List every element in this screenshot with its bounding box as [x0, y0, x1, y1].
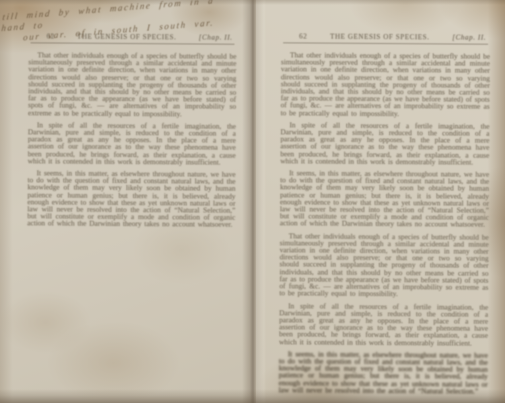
left-header-rule — [31, 42, 235, 44]
right-page-body: That other individuals enough of a speci… — [279, 51, 490, 394]
body-paragraph: In spite of all the resources of a ferti… — [279, 302, 488, 347]
body-paragraph: That other individuals enough of a speci… — [281, 51, 490, 117]
body-paragraph-smudged: It seems, in this matter, as elsewhere t… — [279, 350, 488, 395]
top-edge-shadow — [0, 0, 505, 5]
body-paragraph: In spite of all the resources of a ferti… — [280, 121, 489, 166]
left-page-body: That other individuals enough of a speci… — [27, 51, 236, 228]
right-page-print: 62 THE GENESIS OF SPECIES. [Chap. II. Th… — [256, 0, 505, 400]
body-paragraph: That other individuals enough of a speci… — [28, 51, 236, 117]
right-page-number: 62 — [299, 32, 307, 40]
book-gutter — [242, 0, 264, 403]
left-chapter-marker: [Chap. II. — [199, 34, 233, 42]
right-running-title: THE GENESIS OF SPECIES. — [330, 33, 429, 42]
book-scan: 62 THE GENESIS OF SPECIES. [Chap. II. Th… — [0, 0, 505, 403]
body-paragraph: In spite of all the resources of a ferti… — [28, 121, 236, 166]
right-page-header: 62 THE GENESIS OF SPECIES. [Chap. II. — [281, 32, 490, 41]
bottom-edge-shadow — [0, 389, 505, 403]
right-page: 62 THE GENESIS OF SPECIES. [Chap. II. Th… — [256, 0, 505, 403]
right-header-rule — [283, 42, 488, 44]
left-page: 62 THE GENESIS OF SPECIES. [Chap. II. Th… — [0, 0, 252, 403]
body-paragraph: It seems, in this matter, as elsewhere t… — [27, 169, 235, 228]
right-chapter-marker: [Chap. II. — [452, 33, 486, 41]
body-paragraph: It seems, in this matter, as elsewhere t… — [280, 169, 489, 228]
body-paragraph: That other individuals enough of a speci… — [279, 232, 488, 298]
